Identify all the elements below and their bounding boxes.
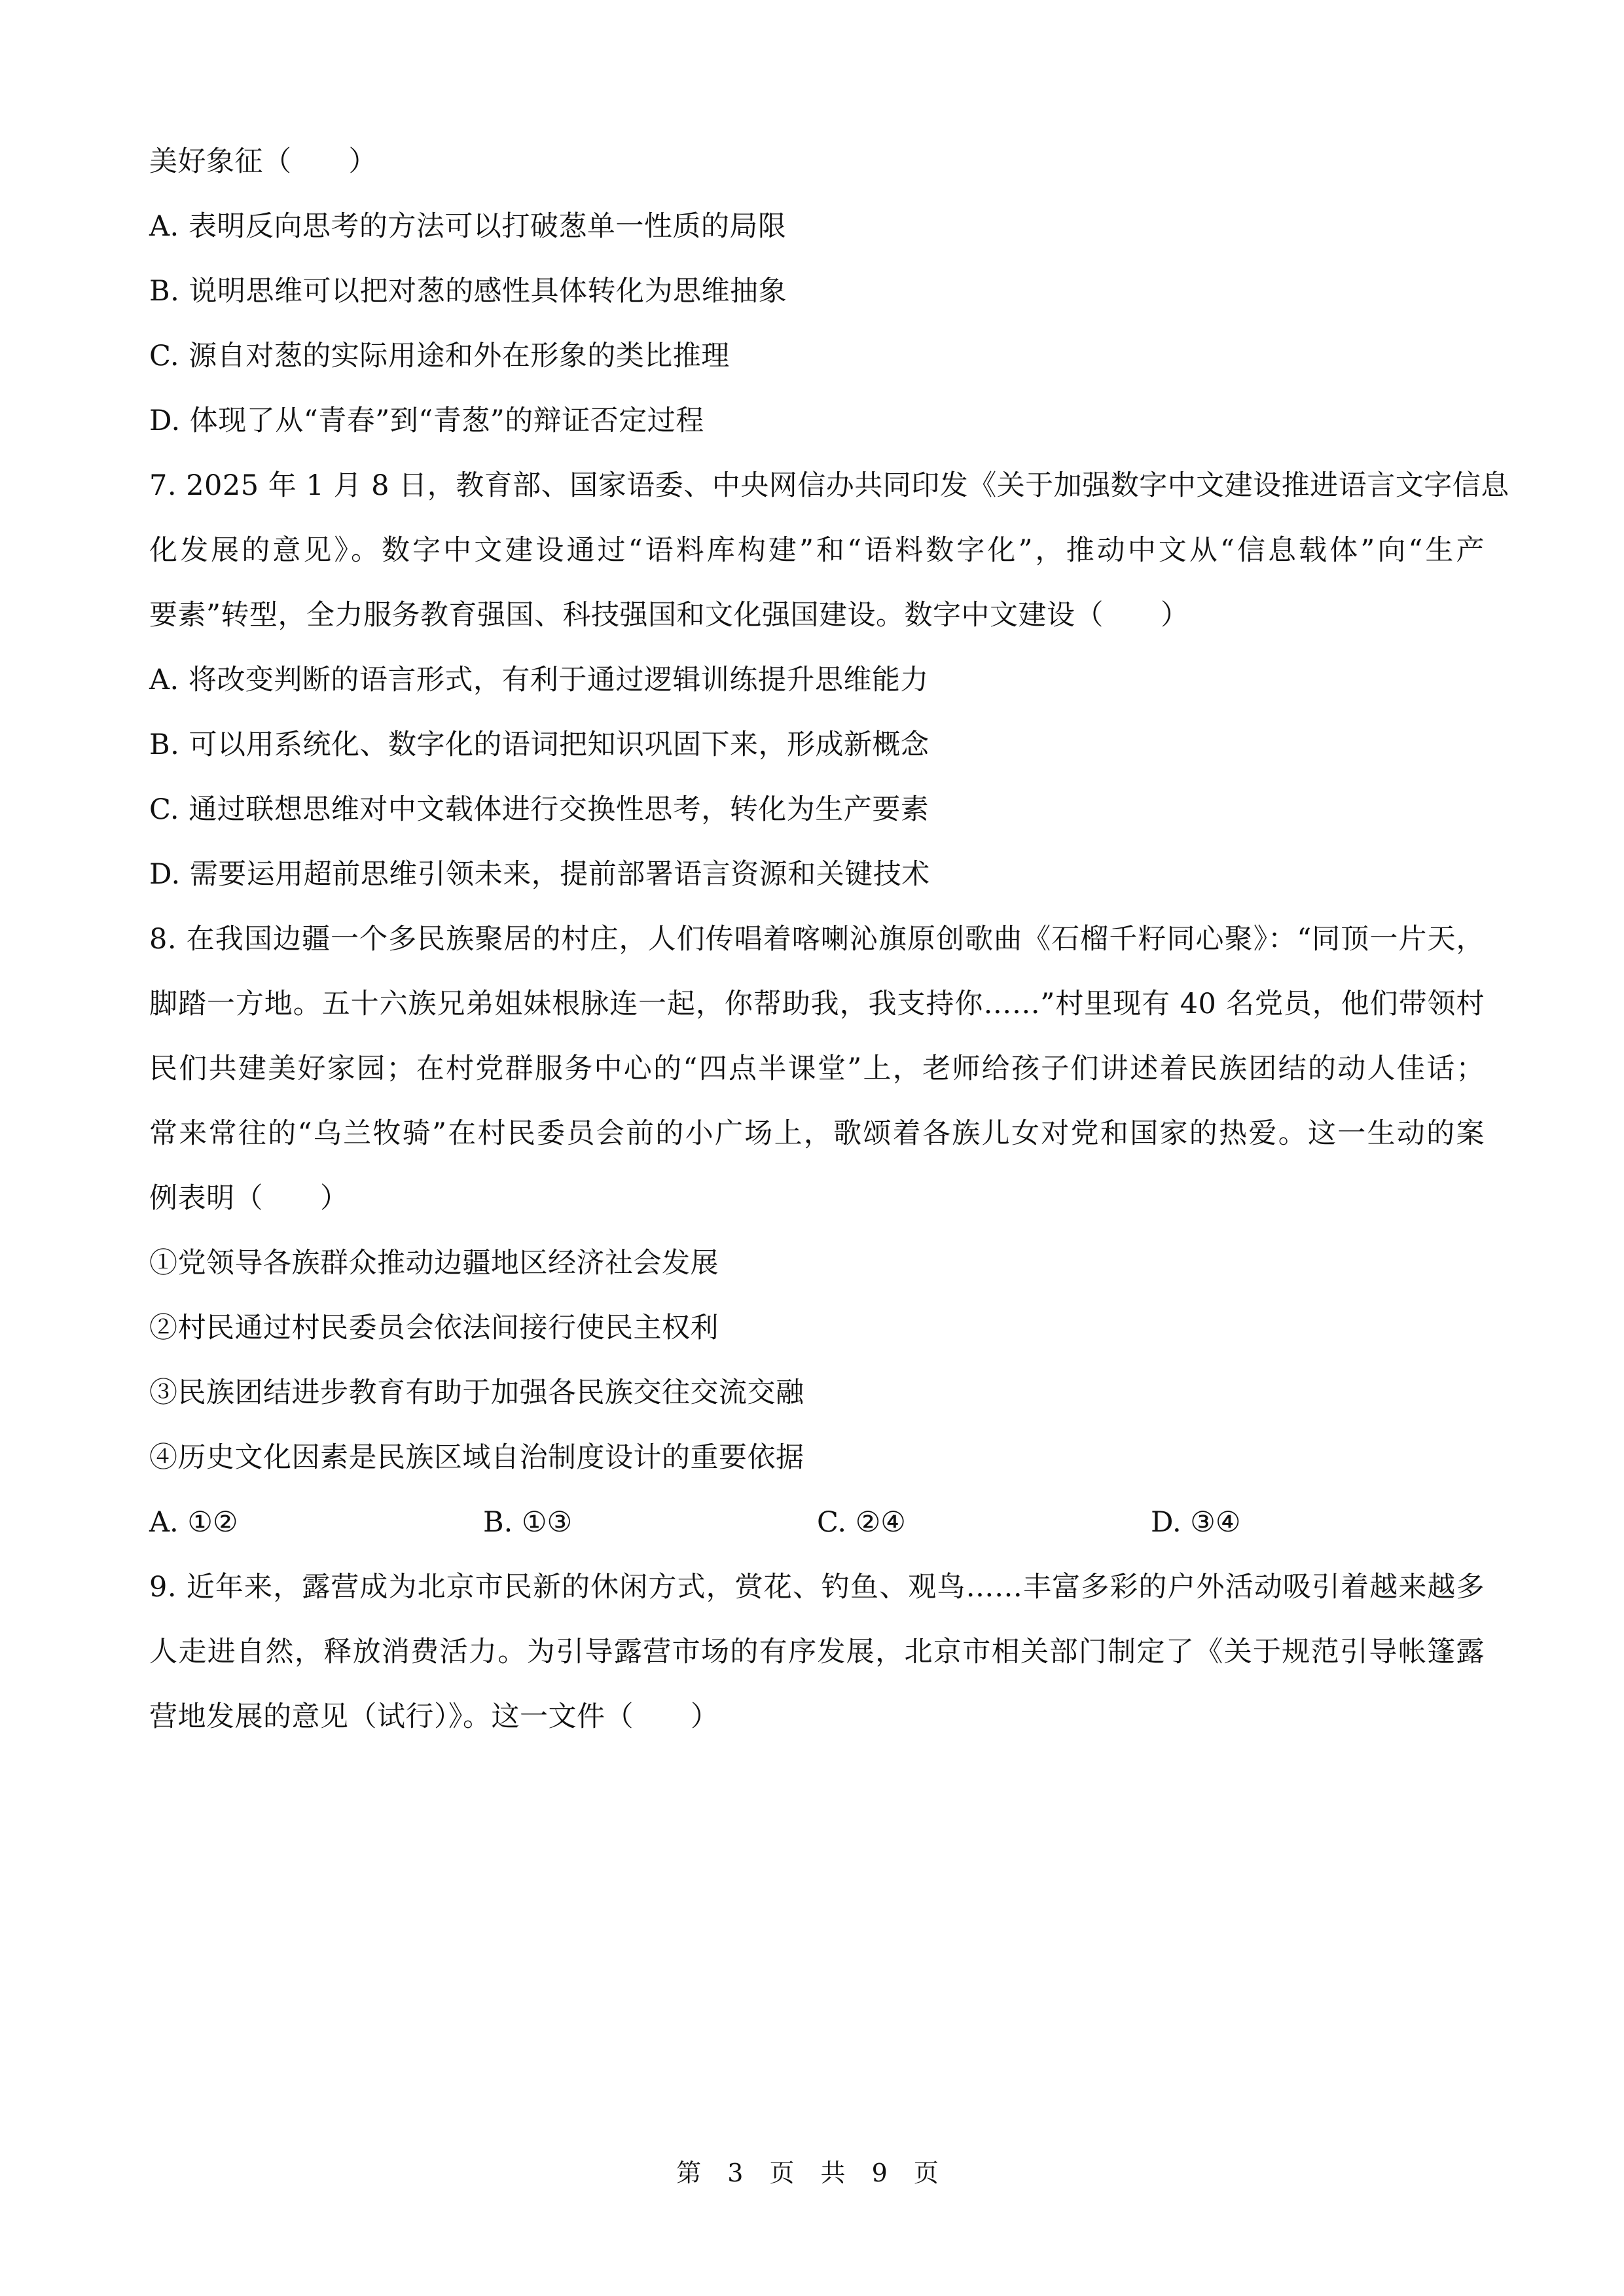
q6-option-d: D. 体现了从“青春”到“青葱”的辩证否定过程 xyxy=(149,389,1485,454)
q8-statement-2: ②村民通过村民委员会依法间接行使民主权利 xyxy=(149,1296,1485,1361)
q8-statement-1: ①党领导各族群众推动边疆地区经济社会发展 xyxy=(149,1231,1485,1296)
q8-stem-line-2: 脚踏一方地。五十六族兄弟姐妹根脉连一起，你帮助我，我支持你……”村里现有 40 … xyxy=(149,972,1485,1037)
q8-stem: 8. 在我国边疆一个多民族聚居的村庄，人们传唱着喀喇沁旗原创歌曲《石榴千籽同心聚… xyxy=(149,907,1485,1231)
question-number: 7. xyxy=(149,469,177,502)
option-text: 表明反向思考的方法可以打破葱单一性质的局限 xyxy=(189,210,787,243)
option-label: A. xyxy=(149,664,179,696)
stem-text: 2025 年 1 月 8 日，教育部、国家语委、中央网信办共同印发《关于加强数字… xyxy=(186,469,1509,502)
option-label: B. xyxy=(149,275,179,308)
q7-stem-line-2: 化发展的意见》。数字中文建设通过“语料库构建”和“语料数字化”，推动中文从“信息… xyxy=(149,518,1485,583)
question-number: 9. xyxy=(149,1571,177,1604)
option-label: D. xyxy=(149,858,181,891)
q7-option-a: A. 将改变判断的语言形式，有利于通过逻辑训练提升思维能力 xyxy=(149,648,1485,713)
q7-stem: 7. 2025 年 1 月 8 日，教育部、国家语委、中央网信办共同印发《关于加… xyxy=(149,454,1485,648)
option-text: 说明思维可以把对葱的感性具体转化为思维抽象 xyxy=(189,275,787,308)
page-content: 美好象征（ ） A. 表明反向思考的方法可以打破葱单一性质的局限 B. 说明思维… xyxy=(149,130,1485,1749)
option-text: ①② xyxy=(187,1506,238,1539)
q8-stem-line-3: 民们共建美好家园；在村党群服务中心的“四点半课堂”上，老师给孩子们讲述着民族团结… xyxy=(149,1037,1485,1102)
q7-stem-line-3: 要素”转型，全力服务教育强国、科技强国和文化强国建设。数字中文建设（ ） xyxy=(149,583,1485,648)
q6-option-a: A. 表明反向思考的方法可以打破葱单一性质的局限 xyxy=(149,194,1485,259)
option-label: C. xyxy=(817,1506,846,1539)
q7-stem-line-1: 7. 2025 年 1 月 8 日，教育部、国家语委、中央网信办共同印发《关于加… xyxy=(149,454,1485,518)
question-number: 8. xyxy=(149,923,177,956)
option-text: 源自对葱的实际用途和外在形象的类比推理 xyxy=(189,340,730,372)
option-label: A. xyxy=(149,1506,179,1539)
q8-statement-4: ④历史文化因素是民族区域自治制度设计的重要依据 xyxy=(149,1426,1485,1490)
q8-option-a: A. ①② xyxy=(149,1490,483,1555)
q8-option-c: C. ②④ xyxy=(817,1490,1151,1555)
page-footer: 第 3 页 共 9 页 xyxy=(0,2153,1624,2193)
q8-stem-line-1: 8. 在我国边疆一个多民族聚居的村庄，人们传唱着喀喇沁旗原创歌曲《石榴千籽同心聚… xyxy=(149,907,1485,972)
q9-stem-line-2: 人走进自然，释放消费活力。为引导露营市场的有序发展，北京市相关部门制定了《关于规… xyxy=(149,1620,1485,1685)
q8-statement-3: ③民族团结进步教育有助于加强各民族交往交流交融 xyxy=(149,1361,1485,1426)
q8-option-b: B. ①③ xyxy=(483,1490,817,1555)
option-text: 将改变判断的语言形式，有利于通过逻辑训练提升思维能力 xyxy=(189,664,929,696)
option-text: ②④ xyxy=(856,1506,906,1539)
option-text: 可以用系统化、数字化的语词把知识巩固下来，形成新概念 xyxy=(189,728,929,761)
q8-options-row: A. ①② B. ①③ C. ②④ D. ③④ xyxy=(149,1490,1485,1555)
q9-stem-line-3: 营地发展的意见（试行）》。这一文件（ ） xyxy=(149,1685,1485,1749)
q7-option-c: C. 通过联想思维对中文载体进行交换性思考，转化为生产要素 xyxy=(149,778,1485,842)
q9-stem-line-1: 9. 近年来，露营成为北京市民新的休闲方式，赏花、钓鱼、观鸟……丰富多彩的户外活… xyxy=(149,1555,1485,1620)
q8-option-d: D. ③④ xyxy=(1151,1490,1485,1555)
q6-stem-tail: 美好象征（ ） xyxy=(149,130,1485,194)
option-label: C. xyxy=(149,793,179,826)
option-label: A. xyxy=(149,210,179,243)
option-text: 体现了从“青春”到“青葱”的辩证否定过程 xyxy=(190,404,704,437)
option-text: ①③ xyxy=(522,1506,572,1539)
option-label: D. xyxy=(1151,1506,1182,1539)
option-label: C. xyxy=(149,340,179,372)
option-text: 需要运用超前思维引领未来，提前部署语言资源和关键技术 xyxy=(190,858,930,891)
option-label: B. xyxy=(483,1506,513,1539)
q9-stem: 9. 近年来，露营成为北京市民新的休闲方式，赏花、钓鱼、观鸟……丰富多彩的户外活… xyxy=(149,1555,1485,1749)
option-label: D. xyxy=(149,404,181,437)
stem-text: 近年来，露营成为北京市民新的休闲方式，赏花、钓鱼、观鸟……丰富多彩的户外活动吸引… xyxy=(187,1571,1485,1604)
option-label: B. xyxy=(149,728,179,761)
q7-option-b: B. 可以用系统化、数字化的语词把知识巩固下来，形成新概念 xyxy=(149,713,1485,778)
option-text: 通过联想思维对中文载体进行交换性思考，转化为生产要素 xyxy=(189,793,929,826)
stem-text: 在我国边疆一个多民族聚居的村庄，人们传唱着喀喇沁旗原创歌曲《石榴千籽同心聚》：“… xyxy=(187,923,1485,956)
q6-option-c: C. 源自对葱的实际用途和外在形象的类比推理 xyxy=(149,324,1485,389)
q7-option-d: D. 需要运用超前思维引领未来，提前部署语言资源和关键技术 xyxy=(149,842,1485,907)
q8-stem-line-4: 常来常往的“乌兰牧骑”在村民委员会前的小广场上，歌颂着各族儿女对党和国家的热爱。… xyxy=(149,1102,1485,1166)
option-text: ③④ xyxy=(1190,1506,1240,1539)
q8-stem-line-5: 例表明（ ） xyxy=(149,1166,1485,1231)
exam-page: 美好象征（ ） A. 表明反向思考的方法可以打破葱单一性质的局限 B. 说明思维… xyxy=(0,0,1624,2296)
q6-option-b: B. 说明思维可以把对葱的感性具体转化为思维抽象 xyxy=(149,259,1485,324)
